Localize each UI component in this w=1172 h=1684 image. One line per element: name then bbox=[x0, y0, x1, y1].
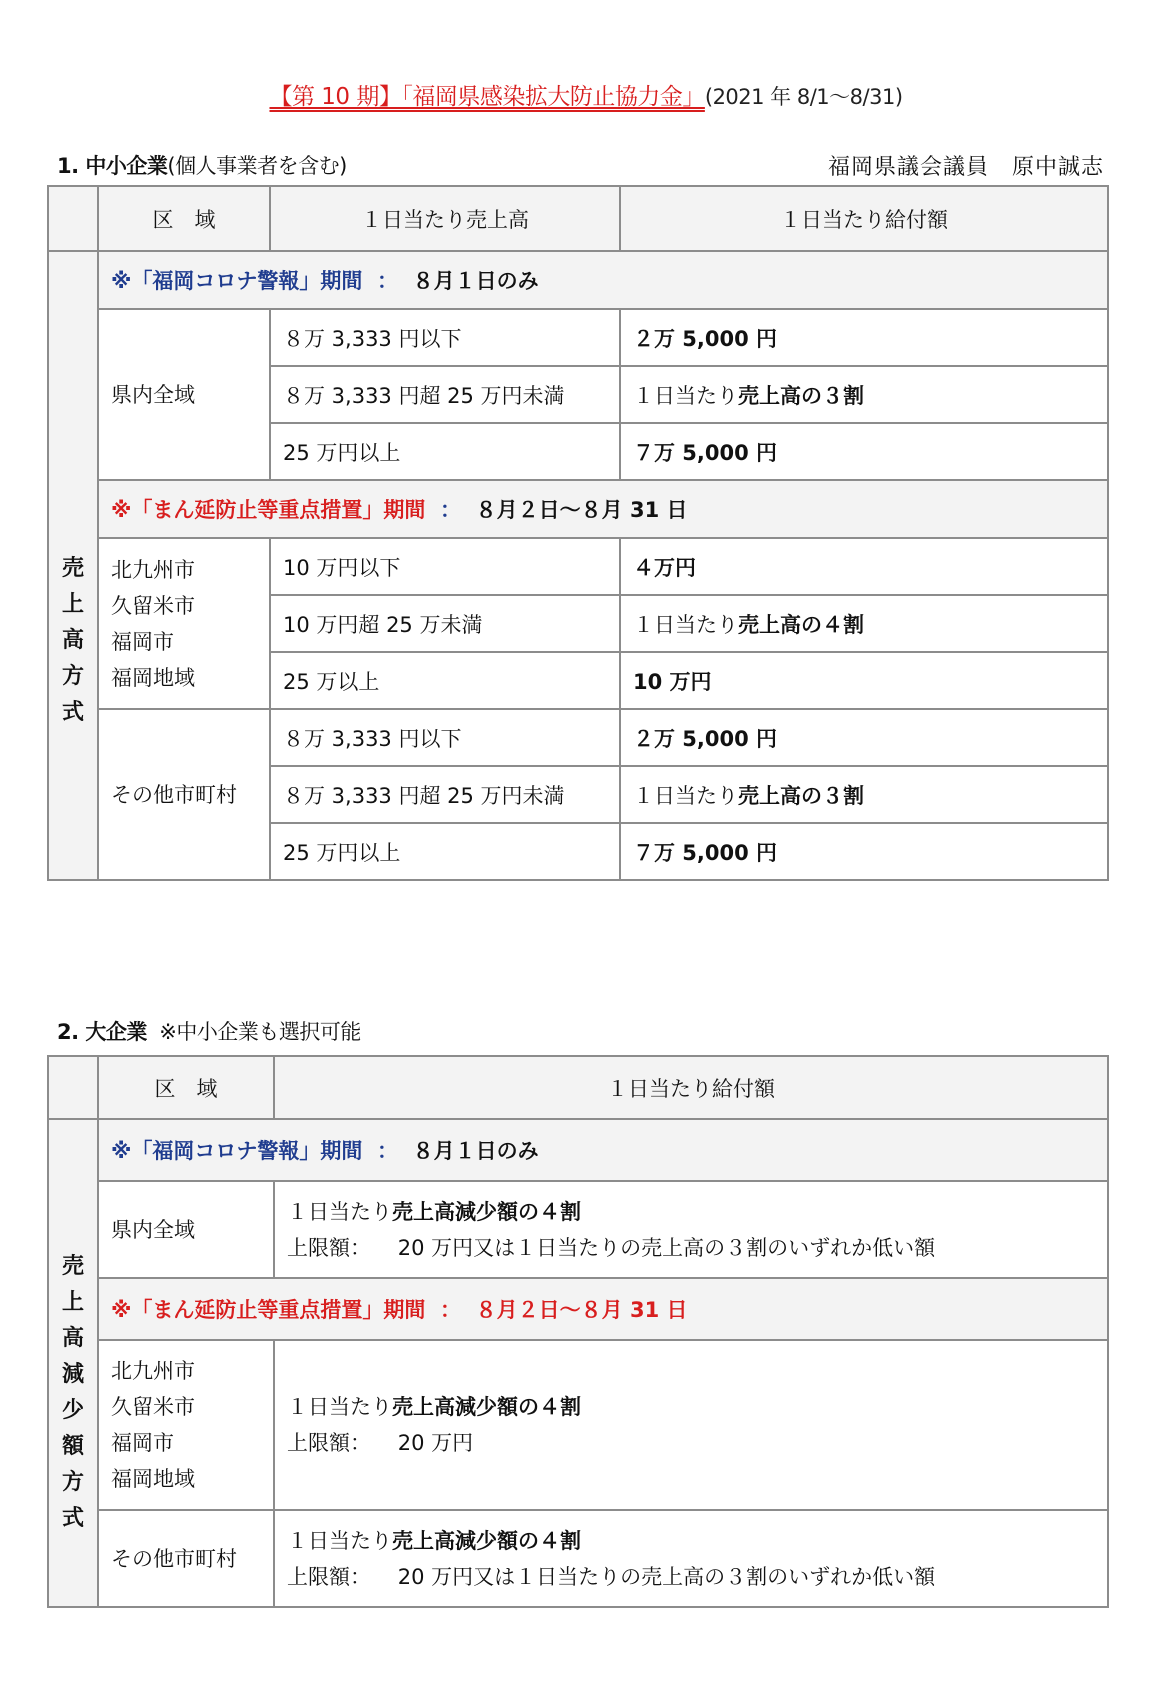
pay-cell: ２万 5,000 円 bbox=[620, 309, 1108, 366]
band-manen-boushi: ※「まん延防止等重点措置」期間 ： ８月２日～８月 31 日 bbox=[48, 480, 1108, 538]
band-label: ※「まん延防止等重点措置」期間 ： ８月２日～８月 31 日 bbox=[98, 480, 1108, 538]
band-corona-alert: 売 上 高 減 少 額 方 式 ※「福岡コロナ警報」期間 ： ８月１日のみ bbox=[48, 1119, 1108, 1181]
document-title: 【第 10 期】「福岡県感染拡大防止協力金」(2021 年 8/1～8/31) bbox=[0, 78, 1172, 111]
area-cell: 県内全域 bbox=[98, 309, 270, 480]
pay-cell: ４万円 bbox=[620, 538, 1108, 595]
pay-cell: １日当たり売上高減少額の４割 上限額： 20 万円又は１日当たりの売上高の３割の… bbox=[274, 1510, 1108, 1607]
table-large-enterprise: 区 域 １日当たり給付額 売 上 高 減 少 額 方 式 ※「福岡コロナ警報」期… bbox=[47, 1055, 1109, 1608]
sales-cell: 25 万円以上 bbox=[270, 823, 620, 880]
side-label-sales-method: 売 上 高 方 式 bbox=[48, 251, 98, 880]
header-sales: １日当たり売上高 bbox=[270, 186, 620, 251]
band-label: ※「まん延防止等重点措置」期間 ： ８月２日～８月 31 日 bbox=[98, 1278, 1108, 1340]
pay-cell: ７万 5,000 円 bbox=[620, 823, 1108, 880]
author: 福岡県議会議員 原中誠志 bbox=[828, 150, 1104, 181]
band-label: ※「福岡コロナ警報」期間 ： ８月１日のみ bbox=[98, 251, 1108, 309]
sales-cell: 25 万以上 bbox=[270, 652, 620, 709]
table-row: 県内全域 ８万 3,333 円以下 ２万 5,000 円 bbox=[48, 309, 1108, 366]
sales-cell: 25 万円以上 bbox=[270, 423, 620, 480]
pay-cell: ７万 5,000 円 bbox=[620, 423, 1108, 480]
section1-heading-note: (個人事業者を含む) bbox=[167, 154, 346, 178]
pay-cell: １日当たり売上高減少額の４割 上限額： 20 万円 bbox=[274, 1340, 1108, 1510]
pay-cell: ２万 5,000 円 bbox=[620, 709, 1108, 766]
table-header-row: 区 域 １日当たり給付額 bbox=[48, 1056, 1108, 1119]
sales-cell: ８万 3,333 円超 25 万円未満 bbox=[270, 766, 620, 823]
band-corona-alert: 売 上 高 方 式 ※「福岡コロナ警報」期間 ： ８月１日のみ bbox=[48, 251, 1108, 309]
area-cell: 北九州市 久留米市 福岡市 福岡地域 bbox=[98, 1340, 274, 1510]
table-sme: 区 域 １日当たり売上高 １日当たり給付額 売 上 高 方 式 ※「福岡コロナ警… bbox=[47, 185, 1109, 881]
sales-cell: ８万 3,333 円超 25 万円未満 bbox=[270, 366, 620, 423]
header-blank bbox=[48, 186, 98, 251]
section2-heading-bold: 2. 大企業 bbox=[57, 1020, 147, 1044]
section1-heading-bold: 1. 中小企業 bbox=[57, 154, 167, 178]
area-cell: 県内全域 bbox=[98, 1181, 274, 1278]
section2-heading: 2. 大企業 ※中小企業も選択可能 bbox=[57, 1016, 361, 1046]
header-blank bbox=[48, 1056, 98, 1119]
sales-cell: 10 万円以下 bbox=[270, 538, 620, 595]
side-label-decrease-method: 売 上 高 減 少 額 方 式 bbox=[48, 1119, 98, 1607]
section1-heading: 1. 中小企業(個人事業者を含む) bbox=[57, 150, 347, 180]
table-row: その他市町村 １日当たり売上高減少額の４割 上限額： 20 万円又は１日当たりの… bbox=[48, 1510, 1108, 1607]
pay-cell: １日当たり売上高の３割 bbox=[620, 766, 1108, 823]
area-cell: その他市町村 bbox=[98, 709, 270, 880]
sales-cell: ８万 3,333 円以下 bbox=[270, 709, 620, 766]
header-pay: １日当たり給付額 bbox=[620, 186, 1108, 251]
header-area: 区 域 bbox=[98, 1056, 274, 1119]
area-cell: その他市町村 bbox=[98, 1510, 274, 1607]
area-cell: 北九州市 久留米市 福岡市 福岡地域 bbox=[98, 538, 270, 709]
band-manen-boushi: ※「まん延防止等重点措置」期間 ： ８月２日～８月 31 日 bbox=[48, 1278, 1108, 1340]
table-row: その他市町村 ８万 3,333 円以下 ２万 5,000 円 bbox=[48, 709, 1108, 766]
header-pay: １日当たり給付額 bbox=[274, 1056, 1108, 1119]
sales-cell: 10 万円超 25 万未満 bbox=[270, 595, 620, 652]
table-row: 北九州市 久留米市 福岡市 福岡地域 10 万円以下 ４万円 bbox=[48, 538, 1108, 595]
header-area: 区 域 bbox=[98, 186, 270, 251]
title-main: 【第 10 期】「福岡県感染拡大防止協力金」 bbox=[269, 84, 704, 110]
band-label: ※「福岡コロナ警報」期間 ： ８月１日のみ bbox=[98, 1119, 1108, 1181]
pay-cell: １日当たり売上高の４割 bbox=[620, 595, 1108, 652]
section2-heading-note: ※中小企業も選択可能 bbox=[159, 1020, 361, 1044]
title-period: (2021 年 8/1～8/31) bbox=[705, 85, 903, 109]
table-row: 北九州市 久留米市 福岡市 福岡地域 １日当たり売上高減少額の４割 上限額： 2… bbox=[48, 1340, 1108, 1510]
pay-cell: １日当たり売上高減少額の４割 上限額： 20 万円又は１日当たりの売上高の３割の… bbox=[274, 1181, 1108, 1278]
pay-cell: 10 万円 bbox=[620, 652, 1108, 709]
table-header-row: 区 域 １日当たり売上高 １日当たり給付額 bbox=[48, 186, 1108, 251]
pay-cell: １日当たり売上高の３割 bbox=[620, 366, 1108, 423]
table-row: 県内全域 １日当たり売上高減少額の４割 上限額： 20 万円又は１日当たりの売上… bbox=[48, 1181, 1108, 1278]
sales-cell: ８万 3,333 円以下 bbox=[270, 309, 620, 366]
